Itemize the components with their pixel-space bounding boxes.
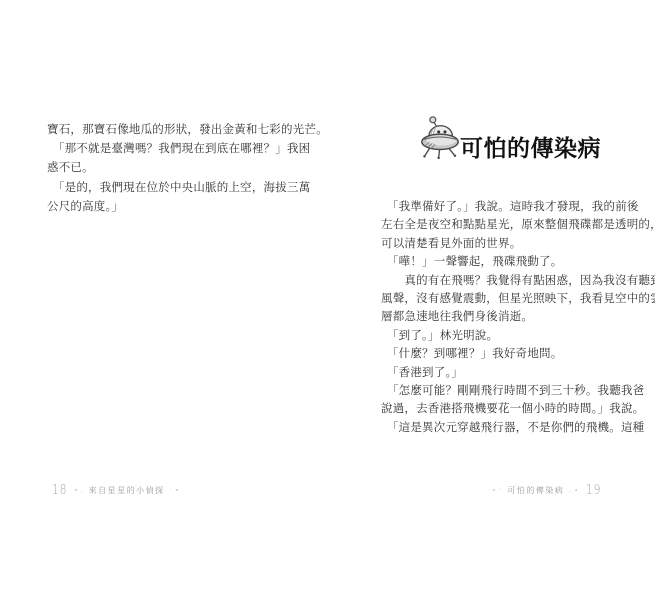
text-line: 「這是異次元穿越飛行器，不是你們的飛機。這種 [381, 419, 641, 437]
chapter-title-footer: 可怕的傳染病 [507, 485, 564, 496]
text-line: 「香港到了。」 [381, 364, 641, 382]
text-line: 「怎麼可能？剛剛飛行時間不到三十秒。我聽我爸 [381, 382, 641, 400]
text-line: 真的有在飛嗎？我覺得有點困惑，因為我沒有聽到 [381, 272, 641, 290]
chapter-title: 可怕的傳染病 [460, 118, 601, 163]
text-line: 「我準備好了。」我說。這時我才發現，我的前後 [381, 198, 641, 216]
text-line: 說過，去香港搭飛機要花一個小時的時間。」我說。 [381, 400, 641, 418]
book-spread: 寶石，那寶石像地瓜的形狀，發出金黃和七彩的光芒。 「那不就是臺灣嗎？我們現在到底… [0, 0, 655, 609]
right-page: 可怕的傳染病 「我準備好了。」我說。這時我才發現，我的前後 左右全是夜空和點點星… [0, 0, 655, 609]
ufo-icon [417, 112, 463, 169]
chapter-header: 可怕的傳染病 [417, 112, 601, 169]
footer-ornament: . ∘ [569, 486, 578, 494]
footer-ornament: ∘ ˙ [492, 486, 502, 494]
text-line: 風聲，沒有感覺震動，但星光照映下，我看見空中的雲 [381, 290, 641, 308]
right-page-text: 「我準備好了。」我說。這時我才發現，我的前後 左右全是夜空和點點星光，原來整個飛… [381, 198, 641, 437]
text-line: 「到了。」林光明說。 [381, 327, 641, 345]
text-line: 「嘩！」一聲響起，飛碟飛動了。 [381, 253, 641, 271]
text-line: 可以清楚看見外面的世界。 [381, 235, 641, 253]
page-number: 19 [586, 482, 601, 498]
right-page-footer: ∘ ˙ 可怕的傳染病 . ∘ 19 [492, 482, 603, 498]
text-line: 層都急速地往我們身後消逝。 [381, 308, 641, 326]
text-line: 左右全是夜空和點點星光，原來整個飛碟都是透明的， [381, 216, 641, 234]
text-line: 「什麼？到哪裡？」我好奇地問。 [381, 345, 641, 363]
